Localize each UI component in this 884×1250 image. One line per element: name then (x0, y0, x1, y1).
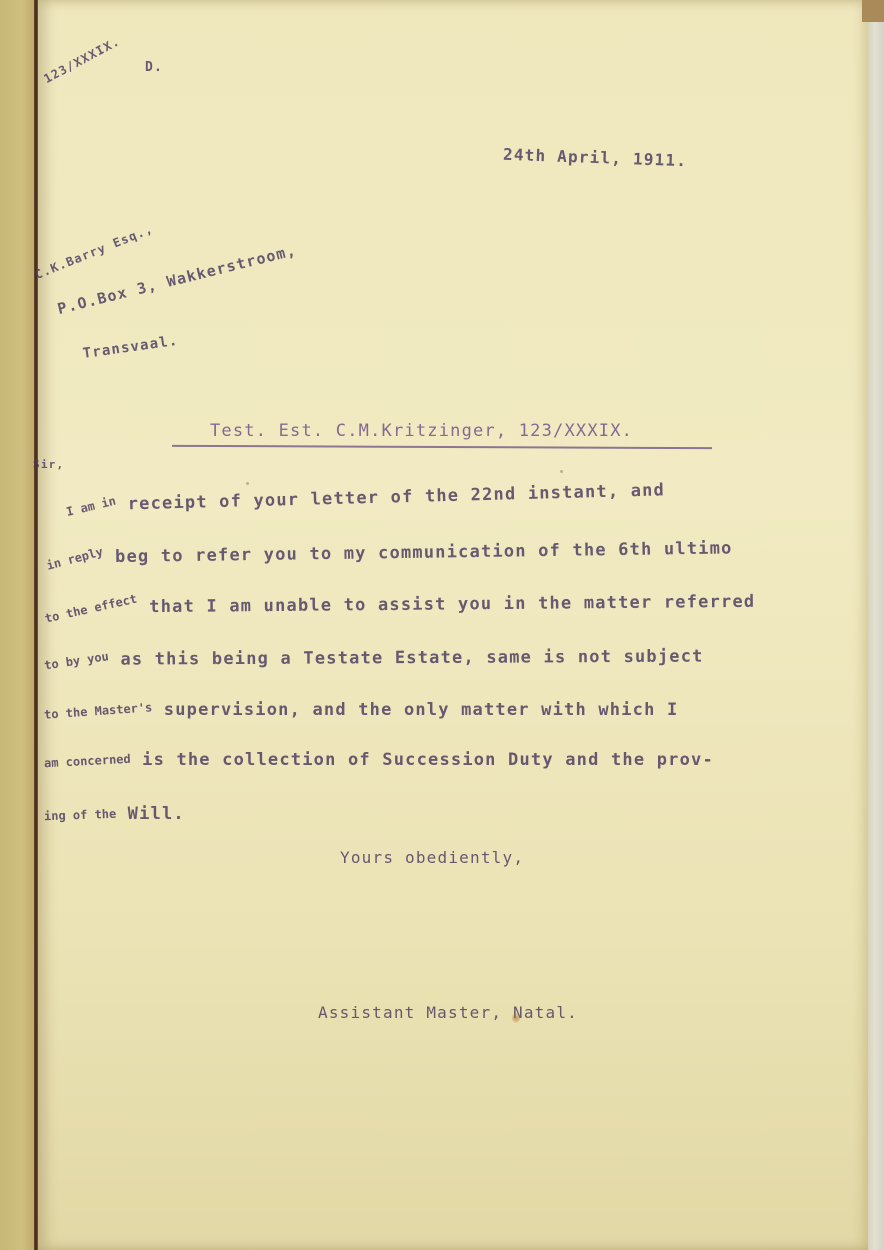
body-line-prefix: to by you (43, 649, 109, 672)
subject-line: Test. Est. C.M.Kritzinger, 123/XXXIX. (210, 421, 633, 441)
right-page-edge (868, 0, 884, 1250)
body-line-text: supervision, and the only matter with wh… (152, 700, 678, 720)
body-line: to by you as this being a Testate Estate… (44, 647, 704, 670)
body-line: to the Master's supervision, and the onl… (44, 700, 678, 720)
paper-speck (246, 482, 249, 485)
signature-title: Assistant Master, Natal. (318, 1003, 578, 1022)
body-line-prefix: ing of the (44, 807, 117, 824)
closing: Yours obediently, (340, 848, 524, 867)
body-line-text: Will. (116, 804, 185, 824)
reference-suffix: D. (145, 60, 163, 75)
salutation: Sir, (33, 458, 64, 471)
body-line-prefix: to the Master's (44, 700, 153, 722)
left-page-edge (0, 0, 36, 1250)
body-line-text: as this being a Testate Estate, same is … (109, 647, 704, 670)
body-line: am concerned is the collection of Succes… (44, 750, 714, 770)
body-line-prefix: am concerned (44, 752, 131, 771)
paper-speck (560, 470, 563, 473)
ink-stain (512, 1013, 520, 1023)
body-line: ing of the Will. (44, 804, 185, 824)
body-line-text: is the collection of Succession Duty and… (131, 750, 714, 770)
letter-sheet (38, 0, 868, 1250)
right-corner (862, 0, 884, 22)
